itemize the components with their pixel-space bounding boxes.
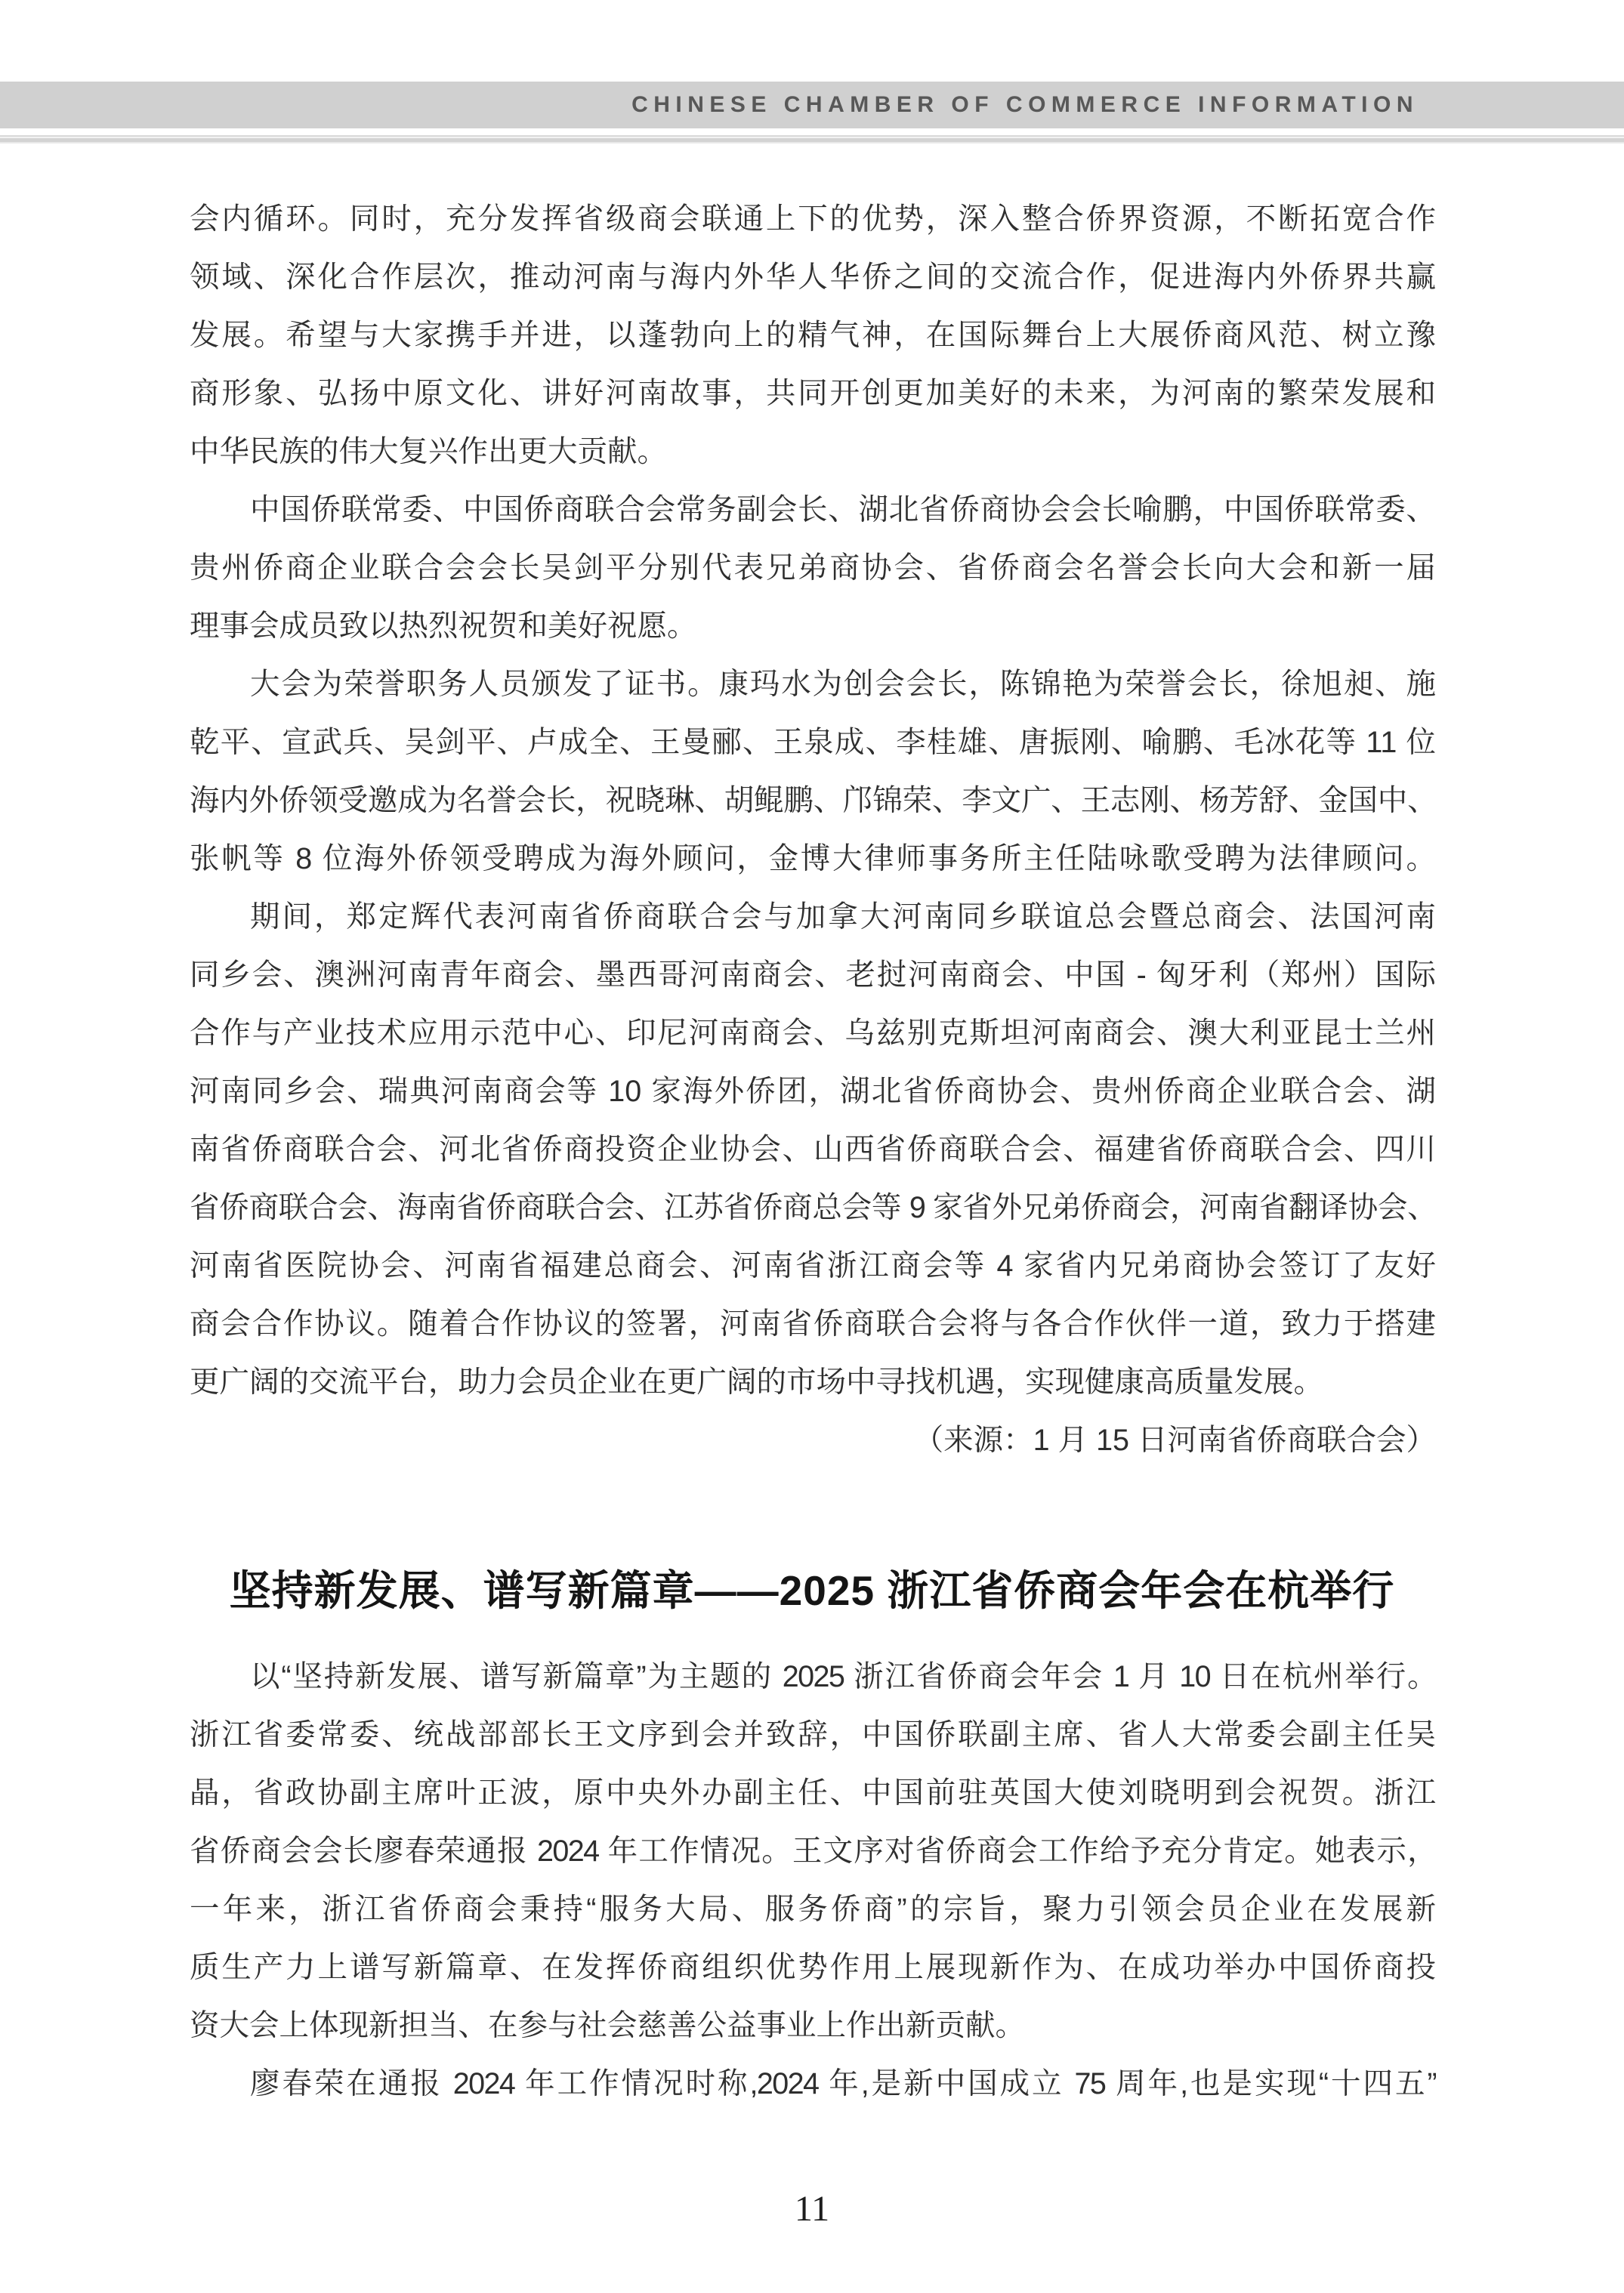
- text-line: 河南同乡会、瑞典河南商会等 10 家海外侨团，湖北省侨商协会、贵州侨商企业联合会…: [190, 1063, 1436, 1121]
- text-line: 会内循环。同时，充分发挥省级商会联通上下的优势，深入整合侨界资源，不断拓宽合作: [190, 190, 1436, 248]
- text-line: 更广阔的交流平台，助力会员企业在更广阔的市场中寻找机遇，实现健康高质量发展。: [190, 1353, 1436, 1412]
- text-line: 中国侨联常委、中国侨商联合会常务副会长、湖北省侨商协会会长喻鹏，中国侨联常委、: [190, 481, 1436, 539]
- article1-body: 会内循环。同时，充分发挥省级商会联通上下的优势，深入整合侨界资源，不断拓宽合作 …: [190, 190, 1436, 1470]
- article2-title: 坚持新发展、谱写新篇章——2025 浙江省侨商会年会在杭举行: [0, 1557, 1624, 1624]
- header-banner-text: CHINESE CHAMBER OF COMMERCE INFORMATION: [631, 92, 1419, 117]
- header-divider-rule: [0, 135, 1624, 144]
- document-page: CHINESE CHAMBER OF COMMERCE INFORMATION …: [0, 0, 1624, 2293]
- text-line: 大会为荣誉职务人员颁发了证书。康玛水为创会会长，陈锦艳为荣誉会长，徐旭昶、施: [190, 656, 1436, 714]
- text-line: 合作与产业技术应用示范中心、印尼河南商会、乌兹别克斯坦河南商会、澳大利亚昆士兰州: [190, 1005, 1436, 1063]
- text-line: 一年来，浙江省侨商会秉持“服务大局、服务侨商”的宗旨，聚力引领会员企业在发展新: [190, 1881, 1436, 1939]
- text-line: 领域、深化合作层次，推动河南与海内外华人华侨之间的交流合作，促进海内外侨界共赢: [190, 248, 1436, 307]
- text-line: 发展。希望与大家携手并进，以蓬勃向上的精气神，在国际舞台上大展侨商风范、树立豫: [190, 307, 1436, 365]
- text-line: 海内外侨领受邀成为名誉会长，祝晓琳、胡鲲鹏、邝锦荣、李文广、王志刚、杨芳舒、金国…: [190, 772, 1436, 830]
- text-line: 晶，省政协副主席叶正波，原中央外办副主任、中国前驻英国大使刘晓明到会祝贺。浙江: [190, 1764, 1436, 1822]
- text-line: 期间，郑定辉代表河南省侨商联合会与加拿大河南同乡联谊总会暨总商会、法国河南: [190, 888, 1436, 946]
- page-number: 11: [0, 2185, 1624, 2233]
- text-line: 张帆等 8 位海外侨领受聘成为海外顾问，金博大律师事务所主任陆咏歌受聘为法律顾问…: [190, 830, 1436, 888]
- source-attribution: （来源：1 月 15 日河南省侨商联合会）: [190, 1412, 1436, 1470]
- text-line: 以“坚持新发展、谱写新篇章”为主题的 2025 浙江省侨商会年会 1 月 10 …: [190, 1648, 1436, 1706]
- header-banner: CHINESE CHAMBER OF COMMERCE INFORMATION: [0, 82, 1624, 128]
- text-line: 贵州侨商企业联合会会长吴剑平分别代表兄弟商协会、省侨商会名誉会长向大会和新一届: [190, 539, 1436, 597]
- text-line: 商会合作协议。随着合作协议的签署，河南省侨商联合会将与各合作伙伴一道，致力于搭建: [190, 1295, 1436, 1353]
- article2-body: 以“坚持新发展、谱写新篇章”为主题的 2025 浙江省侨商会年会 1 月 10 …: [190, 1648, 1436, 2113]
- text-line: 乾平、宣武兵、吴剑平、卢成全、王曼郦、王泉成、李桂雄、唐振刚、喻鹏、毛冰花等 1…: [190, 714, 1436, 772]
- text-line: 同乡会、澳洲河南青年商会、墨西哥河南商会、老挝河南商会、中国 - 匈牙利（郑州）…: [190, 946, 1436, 1005]
- text-line: 南省侨商联合会、河北省侨商投资企业协会、山西省侨商联合会、福建省侨商联合会、四川: [190, 1121, 1436, 1179]
- text-line: 省侨商会会长廖春荣通报 2024 年工作情况。王文序对省侨商会工作给予充分肯定。…: [190, 1822, 1436, 1881]
- text-line: 理事会成员致以热烈祝贺和美好祝愿。: [190, 597, 1436, 656]
- text-line: 商形象、弘扬中原文化、讲好河南故事，共同开创更加美好的未来，为河南的繁荣发展和: [190, 365, 1436, 423]
- text-line: 省侨商联合会、海南省侨商联合会、江苏省侨商总会等 9 家省外兄弟侨商会，河南省翻…: [190, 1179, 1436, 1237]
- text-line: 中华民族的伟大复兴作出更大贡献。: [190, 423, 1436, 481]
- text-line: 河南省医院协会、河南省福建总商会、河南省浙江商会等 4 家省内兄弟商协会签订了友…: [190, 1237, 1436, 1295]
- text-line: 质生产力上谱写新篇章、在发挥侨商组织优势作用上展现新作为、在成功举办中国侨商投: [190, 1939, 1436, 1997]
- text-line: 资大会上体现新担当、在参与社会慈善公益事业上作出新贡献。: [190, 1997, 1436, 2055]
- text-line: 浙江省委常委、统战部部长王文序到会并致辞，中国侨联副主席、省人大常委会副主任吴: [190, 1706, 1436, 1764]
- text-line: 廖春荣在通报 2024 年工作情况时称,2024 年,是新中国成立 75 周年,…: [190, 2055, 1436, 2113]
